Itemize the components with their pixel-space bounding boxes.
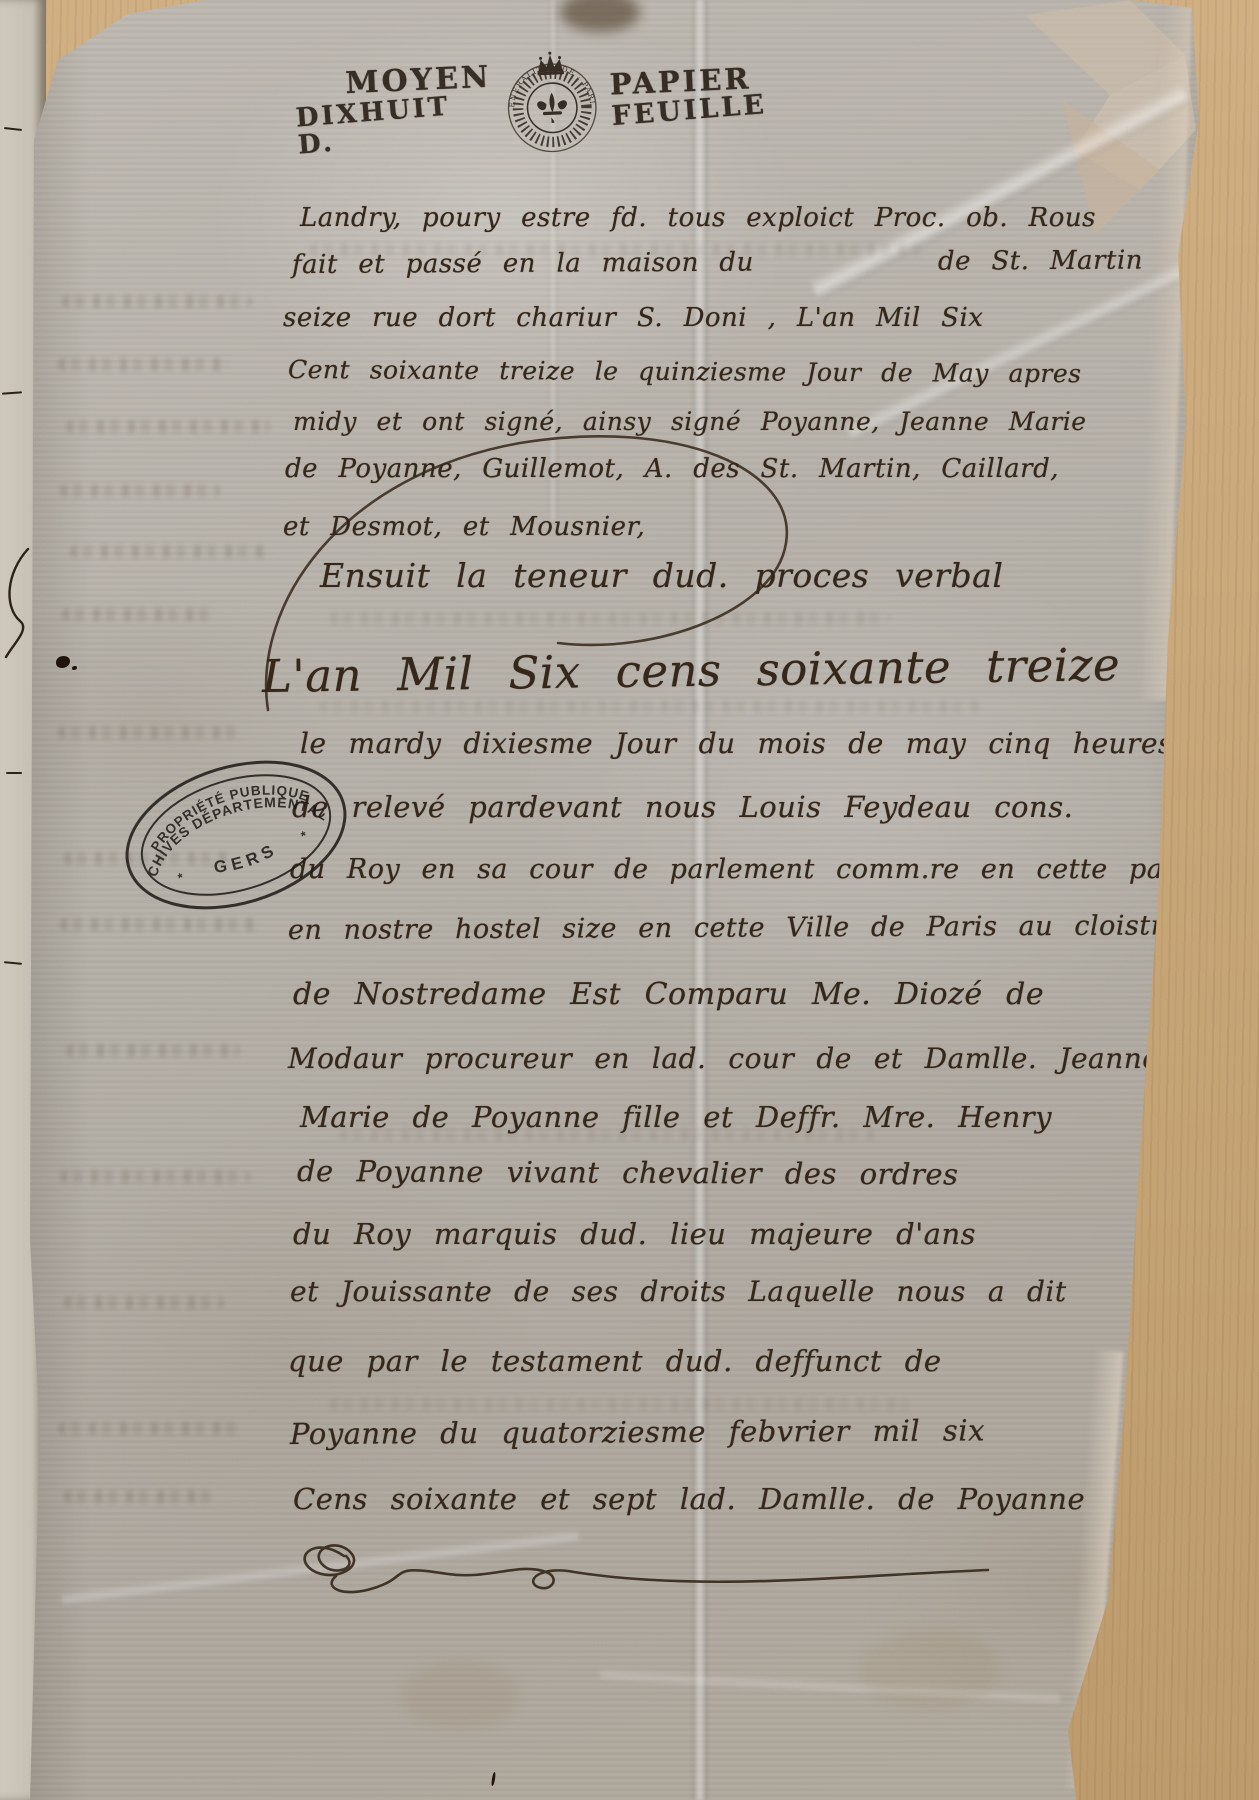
manuscript-line-19: et Jouissante de ses droits Laquelle nou… bbox=[290, 1275, 1067, 1308]
ink-speck bbox=[491, 1772, 496, 1786]
bleedthrough-smudge bbox=[58, 1422, 243, 1435]
calligraphic-loop bbox=[240, 415, 840, 725]
tax-stamp-emblem: GENERALITE · DE · PARIS bbox=[492, 41, 611, 164]
bleedthrough-smudge bbox=[58, 726, 243, 739]
under-ink-mark bbox=[6, 772, 22, 774]
paper-stain bbox=[860, 1630, 1000, 1710]
manuscript-line-4: Cent soixante treize le quinziesme Jour … bbox=[288, 355, 1082, 388]
manuscript-line-17: de Poyanne vivant chevalier des ordres bbox=[297, 1154, 959, 1191]
svg-text:GERS: GERS bbox=[209, 838, 282, 880]
bleedthrough-smudge bbox=[64, 1490, 214, 1503]
manuscript-line-2: fait et passé en la maison du de St. Mar… bbox=[292, 246, 1143, 280]
paraph-flourish bbox=[282, 1518, 1022, 1608]
tax-stamp-word: DIXHUIT D. bbox=[295, 90, 495, 158]
bleedthrough-smudge bbox=[60, 484, 220, 497]
bleedthrough-smudge bbox=[64, 1296, 224, 1309]
manuscript-page: MOYEN DIXHUIT D. GENERALITE · DE · PARIS bbox=[0, 0, 1259, 1800]
manuscript-line-16: Marie de Poyanne fille et Deffr. Mre. He… bbox=[300, 1100, 1052, 1134]
under-ink-flourish bbox=[0, 545, 34, 665]
manuscript-line-21: Poyanne du quatorziesme febvrier mil six bbox=[290, 1413, 985, 1451]
under-ink-mark bbox=[4, 127, 22, 131]
under-ink-mark bbox=[4, 961, 22, 965]
bleedthrough-smudge bbox=[62, 608, 212, 621]
archive-stamp-star-right: * bbox=[299, 828, 309, 844]
manuscript-line-13: en nostre hostel size en cette Ville de … bbox=[288, 910, 1181, 946]
manuscript-line-18: du Roy marquis dud. lieu majeure d'ans bbox=[293, 1217, 976, 1251]
manuscript-line-20: que par le testament dud. deffunct de bbox=[288, 1344, 942, 1378]
under-ink-mark bbox=[2, 391, 22, 394]
bleedthrough-smudge bbox=[60, 1170, 250, 1183]
bleedthrough-smudge bbox=[330, 1398, 910, 1411]
manuscript-line-22: Cens soixante et sept lad. Damlle. de Po… bbox=[293, 1482, 1085, 1516]
photo-canvas: MOYEN DIXHUIT D. GENERALITE · DE · PARIS bbox=[0, 0, 1259, 1800]
archive-stamp-bottom-text: GERS bbox=[209, 838, 282, 880]
archive-stamp-star-left: * bbox=[176, 869, 186, 885]
archive-stamp: ARCHIVES DÉPARTEMENTALES PROPRIÉTÉ PUBLI… bbox=[99, 728, 372, 942]
fleur-de-lis-icon bbox=[536, 92, 567, 124]
manuscript-line-12: du Roy en sa cour de parlement comm.re e… bbox=[290, 854, 1214, 885]
bleedthrough-smudge bbox=[58, 358, 228, 371]
paper-stain bbox=[400, 1660, 520, 1730]
manuscript-line-14: de Nostredame Est Comparu Me. Diozé de bbox=[293, 977, 1044, 1012]
ink-blot bbox=[56, 656, 70, 668]
manuscript-line-1: Landry, poury estre fd. tous exploict Pr… bbox=[300, 203, 1096, 233]
bleedthrough-smudge bbox=[66, 1044, 241, 1057]
tax-stamp: MOYEN DIXHUIT D. GENERALITE · DE · PARIS bbox=[294, 34, 769, 172]
crown-icon bbox=[536, 51, 564, 75]
manuscript-line-10: le mardy dixiesme Jour du mois de may ci… bbox=[300, 727, 1173, 760]
manuscript-line-11: de relevé pardevant nous Louis Feydeau c… bbox=[292, 790, 1073, 824]
manuscript-line-3: seize rue dort chariur S. Doni , L'an Mi… bbox=[283, 303, 983, 333]
ink-speck bbox=[72, 666, 77, 670]
paper-stain bbox=[560, 0, 640, 32]
manuscript-line-15: Modaur procureur en lad. cour de et Daml… bbox=[288, 1042, 1159, 1075]
bleedthrough-smudge bbox=[62, 295, 252, 308]
